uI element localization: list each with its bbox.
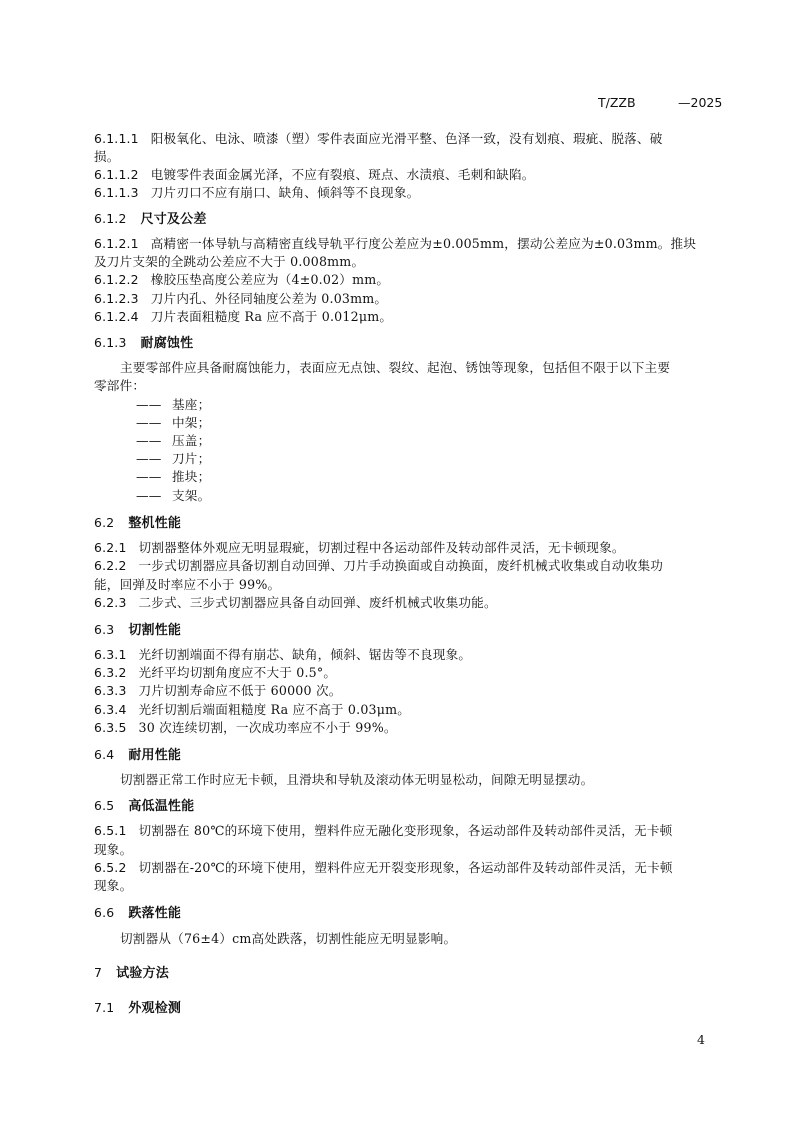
clause-6-2-2: 6.2.2一步式切割器应具备切割自动回弹、刀片手动换面或自动换面，废纤机械式收集…	[94, 557, 724, 575]
clause-6-1-2-1-wrap: 及刀片支架的全跳动公差应不大于 0.008mm。	[94, 253, 724, 271]
clause-6-3-2: 6.3.2光纤平均切割角度应不大于 0.5°。	[94, 664, 724, 682]
clause-6-2-2-wrap: 能，回弹及时率应不小于 99%。	[94, 576, 724, 594]
document-page: T/ZZB —2025 6.1.1.1阳极氧化、电泳、喷漆（塑）零件表面应光滑平…	[0, 0, 794, 1123]
clause-6-1-2-2: 6.1.2.2橡胶压垫高度公差应为（4±0.02）mm。	[94, 271, 724, 289]
clause-6-3-4: 6.3.4光纤切割后端面粗糙度 Ra 应不高于 0.03μm。	[94, 701, 724, 719]
heading-6-1-2: 6.1.2尺寸及公差	[94, 210, 724, 229]
clause-6-3-5: 6.3.530 次连续切割，一次成功率应不小于 99%。	[94, 719, 724, 737]
clause-6-3-1: 6.3.1光纤切割端面不得有崩芯、缺角，倾斜、锯齿等不良现象。	[94, 646, 724, 664]
clause-6-5-2: 6.5.2切割器在-20℃的环境下使用，塑料件应无开裂变形现象，各运动部件及转动…	[94, 859, 724, 877]
clause-6-5-2-wrap: 现象。	[94, 877, 724, 895]
clause-6-1-2-3: 6.1.2.3刀片内孔、外径同轴度公差为 0.03mm。	[94, 290, 724, 308]
doc-year: —2025	[678, 95, 722, 110]
paragraph-6-1-3-wrap: 零部件：	[94, 377, 724, 395]
paragraph-6-6: 切割器从（76±4）cm高处跌落，切割性能应无明显影响。	[120, 930, 750, 948]
paragraph-6-1-3: 主要零部件应具备耐腐蚀能力，表面应无点蚀、裂纹、起泡、锈蚀等现象，包括但不限于以…	[120, 359, 750, 377]
clause-6-5-1: 6.5.1切割器在 80℃的环境下使用，塑料件应无融化变形现象，各运动部件及转动…	[94, 822, 724, 840]
list-item: ——刀片；	[136, 450, 766, 468]
heading-6-3: 6.3切割性能	[94, 621, 724, 640]
clause-6-2-1: 6.2.1切割器整体外观应无明显瑕疵，切割过程中各运动部件及转动部件灵活，无卡顿…	[94, 539, 724, 557]
page-number: 4	[697, 1032, 705, 1047]
clause-6-1-1-2: 6.1.1.2电镀零件表面金属光泽，不应有裂痕、斑点、水渍痕、毛刺和缺陷。	[94, 166, 724, 184]
clause-6-5-1-wrap: 现象。	[94, 841, 724, 859]
heading-6-6: 6.6跌落性能	[94, 904, 724, 923]
paragraph-6-4: 切割器正常工作时应无卡顿，且滑块和导轨及滚动体无明显松动，间隙无明显摆动。	[120, 771, 750, 789]
list-item: ——推块；	[136, 468, 766, 486]
heading-6-2: 6.2整机性能	[94, 514, 724, 533]
heading-7-1: 7.1外观检测	[94, 999, 724, 1018]
doc-code: T/ZZB	[598, 95, 636, 110]
heading-6-4: 6.4耐用性能	[94, 746, 724, 765]
clause-6-1-2-4: 6.1.2.4刀片表面粗糙度 Ra 应不高于 0.012μm。	[94, 308, 724, 326]
list-item: ——中架；	[136, 414, 766, 432]
heading-6-1-3: 6.1.3耐腐蚀性	[94, 334, 724, 353]
clause-6-3-3: 6.3.3刀片切割寿命应不低于 60000 次。	[94, 682, 724, 700]
clause-6-2-3: 6.2.3二步式、三步式切割器应具备自动回弹、废纤机械式收集功能。	[94, 594, 724, 612]
heading-7: 7试验方法	[94, 964, 724, 983]
clause-6-1-2-1: 6.1.2.1高精密一体导轨与高精密直线导轨平行度公差应为±0.005mm，摆动…	[94, 235, 724, 253]
clause-6-1-1-1: 6.1.1.1阳极氧化、电泳、喷漆（塑）零件表面应光滑平整、色泽一致，没有划痕、…	[94, 130, 724, 148]
list-item: ——基座；	[136, 396, 766, 414]
heading-6-5: 6.5高低温性能	[94, 797, 724, 816]
clause-6-1-1-3: 6.1.1.3刀片刃口不应有崩口、缺角、倾斜等不良现象。	[94, 184, 724, 202]
list-item: ——压盖；	[136, 432, 766, 450]
clause-6-1-1-1-wrap: 损。	[94, 148, 724, 166]
list-item: ——支架。	[136, 487, 766, 505]
